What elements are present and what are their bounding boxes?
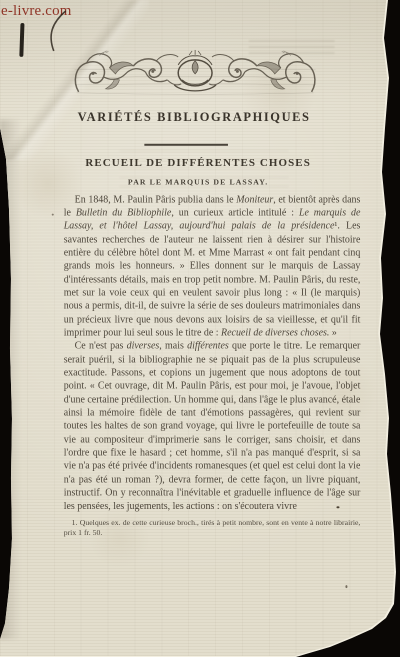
ink-speck	[52, 214, 54, 216]
byline: PAR LE MARQUIS DE LASSAY.	[50, 177, 347, 186]
paragraph: Ce n'est pas diverses, mais différentes …	[64, 340, 361, 513]
handwritten-curve-mark	[44, 9, 70, 53]
paragraph: En 1848, M. Paulin Pâris publia dans le …	[64, 193, 361, 340]
body-text: En 1848, M. Paulin Pâris publia dans le …	[64, 193, 361, 513]
scan-background: e-livre.com	[0, 0, 400, 657]
footnote: 1. Quelques ex. de cette curieuse broch.…	[64, 518, 361, 538]
ink-speck	[345, 585, 347, 588]
title-divider	[144, 144, 228, 146]
document-page: e-livre.com	[0, 0, 398, 656]
paper-shadow	[0, 120, 26, 639]
article-title: RECUEIL DE DIFFÉRENTES CHOSES	[50, 156, 347, 168]
printed-text-block: VARIÉTÉS BIBLIOGRAPHIQUES RECUEIL DE DIF…	[64, 110, 361, 546]
ornament-headpiece-icon	[70, 50, 321, 104]
section-title: VARIÉTÉS BIBLIOGRAPHIQUES	[46, 110, 343, 125]
